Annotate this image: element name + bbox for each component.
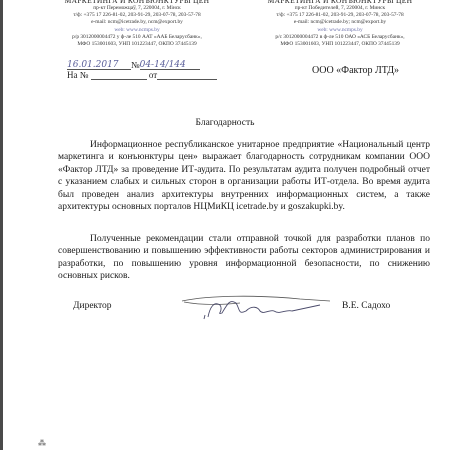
- reply-number-blank: [91, 69, 147, 80]
- incoming-reference: На № от: [67, 69, 217, 80]
- scan-artifact-icon: ⁂: [38, 439, 46, 448]
- bank-ru: р/с 3012000004472 в ф-ле 510 ОАО «АСБ Бе…: [245, 34, 435, 41]
- addressee: ООО «Фактор ЛТД»: [312, 65, 399, 76]
- reply-date-blank: [157, 69, 217, 80]
- body-paragraph-2: Полученные рекомендации стали отправной …: [58, 233, 430, 283]
- letterhead-left: МАРКЕТИНГА И КОНЪЮНКТУРЫ ЦЕН пр-кт Перем…: [42, 0, 232, 48]
- letterhead-right: МАРКЕТИНГА И КОНЪЮНКТУРЫ ЦЕН пр-кт Побед…: [245, 0, 435, 48]
- handwritten-signature: [180, 293, 345, 321]
- from-label: от: [149, 70, 157, 80]
- bank-by: р/р 3012000004472 у ф-ле 510 ААТ «ААБ Бе…: [42, 34, 232, 41]
- signatory-name: В.Е. Садохо: [342, 301, 390, 311]
- phones-ru: т/ф: +375 17 226-81-02, 203-91-29, 203-0…: [245, 12, 435, 19]
- web-by: web: www.ncmps.by: [42, 27, 232, 34]
- reply-label: На №: [67, 70, 88, 80]
- body-paragraph-1: Информационное республиканское унитарное…: [58, 139, 430, 213]
- signatory-role: Директор: [73, 301, 112, 311]
- email-by: e-mail: ncm@icetrade.by, ncm@export.by: [42, 19, 232, 26]
- email-ru: e-mail: ncm@icetrade.by; ncm@export.by: [245, 19, 435, 26]
- codes-by: МФО 153001603, УНП 101223447, ОКПО 37445…: [42, 41, 232, 48]
- scan-edge: [0, 0, 3, 450]
- phones-by: т/ф: +375 17 226-81-02, 203-91-29, 203-0…: [42, 12, 232, 19]
- letter-title: Благодарность: [0, 118, 450, 128]
- codes-ru: МФО 153001603, УНП 101223447, ОКПО 37445…: [245, 41, 435, 48]
- web-ru: web: www.ncmps.by: [245, 27, 435, 34]
